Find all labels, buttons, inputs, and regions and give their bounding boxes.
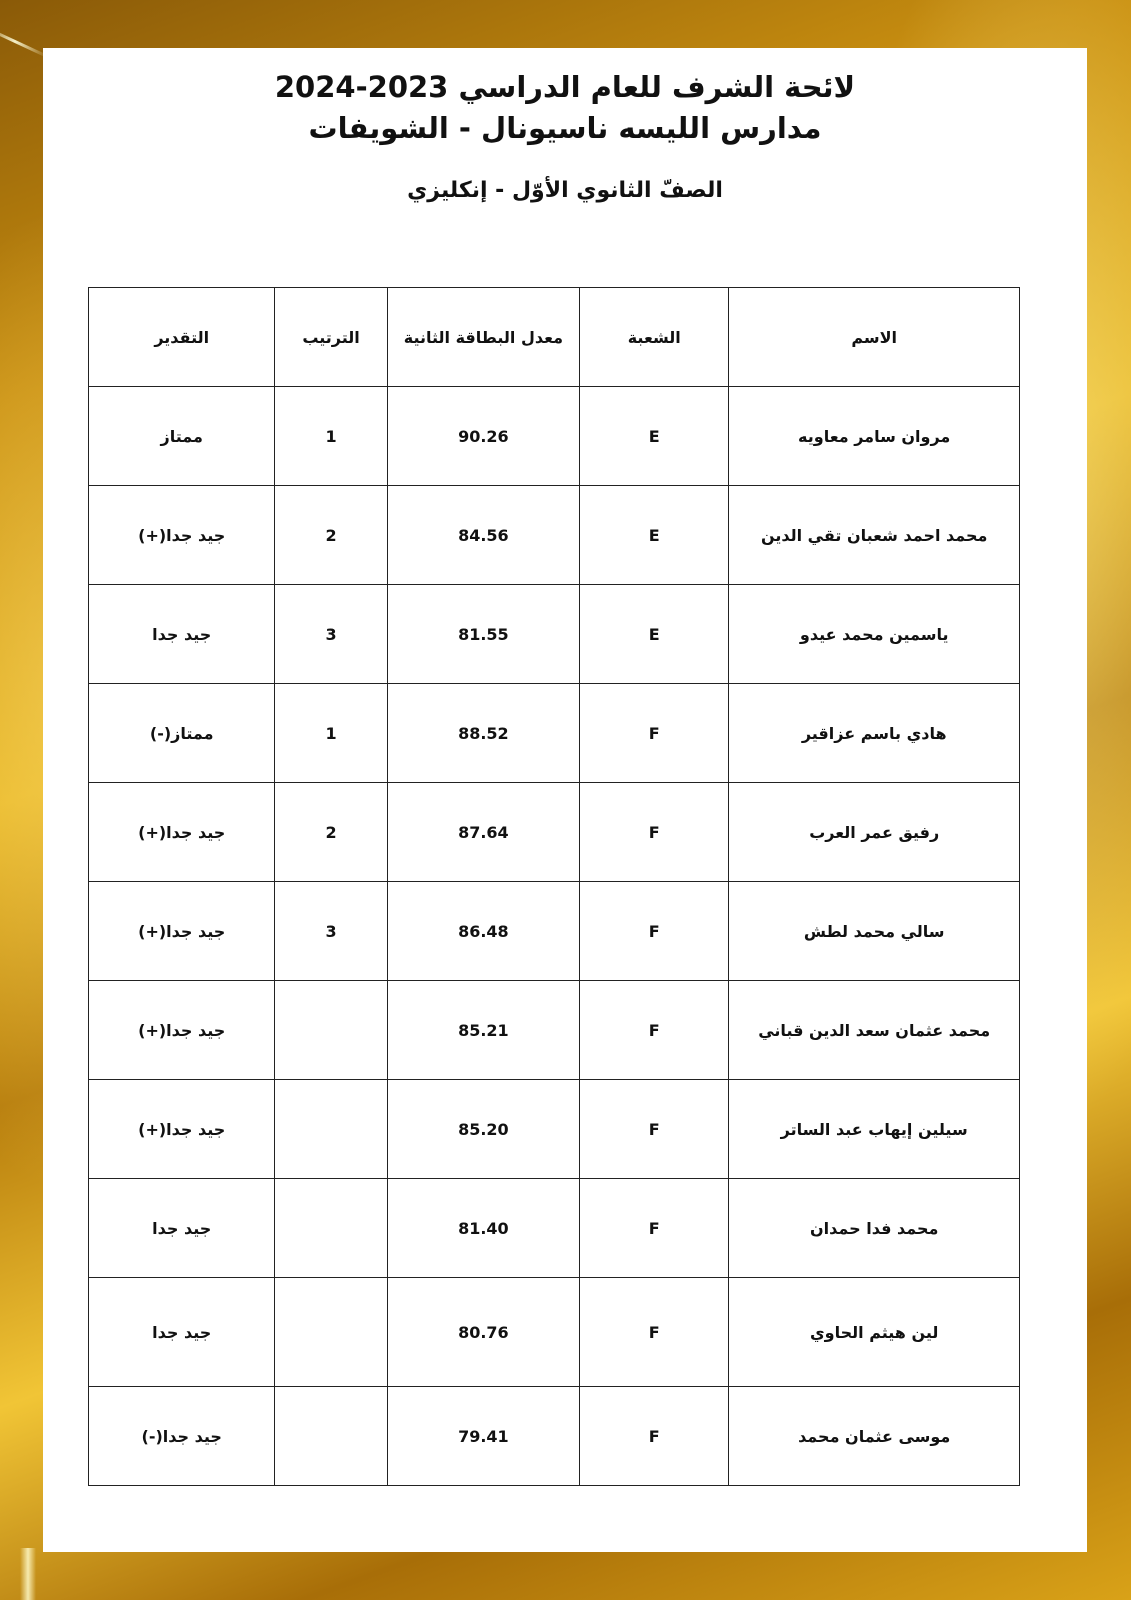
column-header-name: الاسم: [729, 288, 1020, 387]
table-header-row: الاسم الشعبة معدل البطاقة الثانية الترتي…: [89, 288, 1020, 387]
student-grade: ممتاز(-): [89, 684, 275, 783]
table-row: محمد عثمان سعد الدين قباني F 85.21 جيد ج…: [89, 981, 1020, 1080]
student-rank: 2: [275, 486, 387, 585]
student-rank: 2: [275, 783, 387, 882]
student-average: 85.21: [387, 981, 579, 1080]
student-section: F: [580, 684, 729, 783]
student-grade: جيد جدا(+): [89, 486, 275, 585]
student-average: 79.41: [387, 1387, 579, 1486]
student-section: F: [580, 1278, 729, 1387]
table-row: ياسمين محمد عيدو E 81.55 3 جيد جدا: [89, 585, 1020, 684]
student-grade: جيد جدا(-): [89, 1387, 275, 1486]
student-average: 85.20: [387, 1080, 579, 1179]
student-rank: [275, 1179, 387, 1278]
student-rank: [275, 1278, 387, 1387]
student-grade: جيد جدا: [89, 1278, 275, 1387]
student-rank: 3: [275, 585, 387, 684]
table-row: هادي باسم عزاقير F 88.52 1 ممتاز(-): [89, 684, 1020, 783]
student-name: هادي باسم عزاقير: [729, 684, 1020, 783]
student-rank: [275, 981, 387, 1080]
honor-list-sheet: لائحة الشرف للعام الدراسي 2023-2024 مدار…: [43, 48, 1087, 1552]
student-section: F: [580, 981, 729, 1080]
student-grade: جيد جدا: [89, 1179, 275, 1278]
student-rank: [275, 1387, 387, 1486]
student-grade: ممتاز: [89, 387, 275, 486]
class-label: الصفّ الثانوي الأوّل - إنكليزي: [43, 178, 1087, 203]
student-section: F: [580, 783, 729, 882]
student-section: F: [580, 882, 729, 981]
background-light-streak: [0, 25, 47, 57]
student-rank: 3: [275, 882, 387, 981]
student-name: محمد فدا حمدان: [729, 1179, 1020, 1278]
student-grade: جيد جدا: [89, 585, 275, 684]
table-row: موسى عثمان محمد F 79.41 جيد جدا(-): [89, 1387, 1020, 1486]
student-grade: جيد جدا(+): [89, 882, 275, 981]
table-row: رفيق عمر العرب F 87.64 2 جيد جدا(+): [89, 783, 1020, 882]
table-row: محمد فدا حمدان F 81.40 جيد جدا: [89, 1179, 1020, 1278]
table-row: لين هيثم الحاوي F 80.76 جيد جدا: [89, 1278, 1020, 1387]
student-average: 80.76: [387, 1278, 579, 1387]
table-row: سالي محمد لطش F 86.48 3 جيد جدا(+): [89, 882, 1020, 981]
table-row: محمد احمد شعبان تقي الدين E 84.56 2 جيد …: [89, 486, 1020, 585]
student-name: موسى عثمان محمد: [729, 1387, 1020, 1486]
student-name: محمد عثمان سعد الدين قباني: [729, 981, 1020, 1080]
page-title: لائحة الشرف للعام الدراسي 2023-2024: [43, 70, 1087, 104]
column-header-grade: التقدير: [89, 288, 275, 387]
student-average: 90.26: [387, 387, 579, 486]
student-average: 81.40: [387, 1179, 579, 1278]
column-header-section: الشعبة: [580, 288, 729, 387]
student-section: E: [580, 486, 729, 585]
student-average: 81.55: [387, 585, 579, 684]
student-rank: 1: [275, 387, 387, 486]
student-grade: جيد جدا(+): [89, 981, 275, 1080]
honor-table: الاسم الشعبة معدل البطاقة الثانية الترتي…: [88, 287, 1020, 1486]
student-section: E: [580, 387, 729, 486]
student-average: 86.48: [387, 882, 579, 981]
background-light-streak: [20, 1548, 36, 1600]
student-section: F: [580, 1387, 729, 1486]
student-average: 88.52: [387, 684, 579, 783]
student-name: ياسمين محمد عيدو: [729, 585, 1020, 684]
student-section: F: [580, 1080, 729, 1179]
student-rank: [275, 1080, 387, 1179]
student-section: E: [580, 585, 729, 684]
student-name: رفيق عمر العرب: [729, 783, 1020, 882]
student-average: 87.64: [387, 783, 579, 882]
column-header-rank: الترتيب: [275, 288, 387, 387]
student-name: محمد احمد شعبان تقي الدين: [729, 486, 1020, 585]
student-grade: جيد جدا(+): [89, 1080, 275, 1179]
student-name: سالي محمد لطش: [729, 882, 1020, 981]
student-name: مروان سامر معاويه: [729, 387, 1020, 486]
table-row: مروان سامر معاويه E 90.26 1 ممتاز: [89, 387, 1020, 486]
student-rank: 1: [275, 684, 387, 783]
student-name: لين هيثم الحاوي: [729, 1278, 1020, 1387]
student-grade: جيد جدا(+): [89, 783, 275, 882]
student-name: سيلين إيهاب عبد الساتر: [729, 1080, 1020, 1179]
column-header-average: معدل البطاقة الثانية: [387, 288, 579, 387]
school-name: مدارس الليسه ناسيونال - الشويفات: [43, 111, 1087, 145]
student-section: F: [580, 1179, 729, 1278]
student-average: 84.56: [387, 486, 579, 585]
table-row: سيلين إيهاب عبد الساتر F 85.20 جيد جدا(+…: [89, 1080, 1020, 1179]
